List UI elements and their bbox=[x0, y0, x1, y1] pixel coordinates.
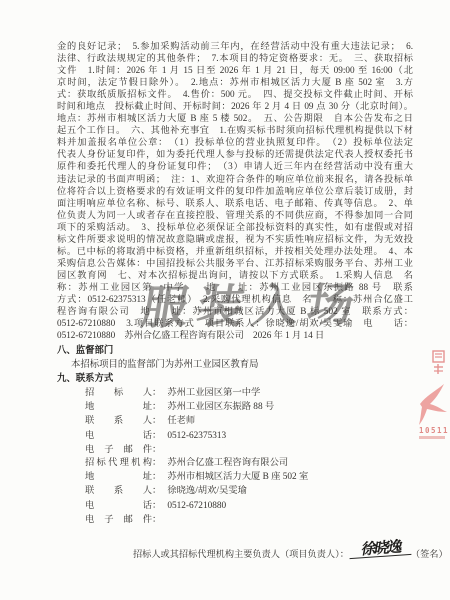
signature-prefix: 招标人或其招标代理机构主要负责人（项目负责人）： bbox=[133, 549, 349, 559]
notice-body-line: 料并加盖报名单位公章： （1）投标单位的营业执照复印件。 （2）投标单位法定 bbox=[57, 136, 413, 148]
contact-colon: ： bbox=[152, 441, 161, 455]
contact-row: 地址：苏州工业园区东振路 88 号 bbox=[85, 398, 274, 412]
scanned-tender-notice-page: 金的良好记录； 5.参加采购活动前三年内，在经营活动中没有重大违法记录； 6. … bbox=[0, 0, 450, 600]
notice-body-line: 园区教育网 七、对本次招标提出询问，请按以下方式联系。 1.采购人信息 名 bbox=[57, 269, 413, 281]
contact-value: 苏州合亿盛工程咨询有限公司 bbox=[167, 458, 288, 468]
notice-body-line: 称：苏州工业园区第一中学 地 址：苏州工业园区东振路 88 号 联系 bbox=[57, 281, 413, 293]
agency-contact-block: 招标代理机构：苏州合亿盛工程咨询有限公司 地址：苏州市相城区活力大厦 B 座 5… bbox=[85, 454, 308, 525]
notice-body-line: 标文件所要求说明的情况故意隐瞒或虚报，视为不实质性响应招标文件，为无效投 bbox=[57, 233, 413, 245]
notice-body-line: 方式：0512-62375313（任老师） 2.采购代理机构信息 名 称：苏州合… bbox=[57, 293, 413, 305]
notice-body-line: 违法记录的书面声明函； 注：1、欢迎符合条件的响应单位前来报名，请各投标单 bbox=[57, 173, 413, 185]
contact-label: 地址 bbox=[85, 398, 152, 412]
notice-body-line: 面注明响应单位名称、标号、联系人、联系电话、电子邮箱、传真等信息。 2、单 bbox=[57, 197, 413, 209]
contact-value: 苏州市相城区活力大厦 B 座 502 室 bbox=[167, 472, 308, 482]
contact-colon: ： bbox=[152, 482, 161, 496]
notice-body-line: 京时间，法定节假日除外）。 2.地点：苏州市相城区活力大厦 B 座 502 室 … bbox=[57, 76, 413, 88]
section-supervision-heading: 八、监督部门 bbox=[57, 342, 113, 356]
notice-body-line: 时间和地点 投标截止时间、开标时间：2026 年 2 月 4 日 09 点 30… bbox=[57, 100, 413, 112]
contact-value: 任老师 bbox=[167, 416, 195, 426]
contact-row: 电话：0512-67210880 bbox=[85, 497, 308, 511]
notice-body-line: 原件和委托代理人的身份证复印件； （3）申请人近三年内在经营活动中没有重大 bbox=[57, 160, 413, 172]
contact-label: 联系人 bbox=[85, 482, 152, 496]
contact-row: 联系人：徐晓逸/胡欢/吴雯瑜 bbox=[85, 482, 308, 496]
contact-row: 电子邮件： bbox=[85, 441, 274, 455]
notice-body-line: 位将符合以上资格要求的有效证明文件的复印件加盖响应单位公章后装订成册，封 bbox=[57, 185, 413, 197]
red-edge-code: 10511 bbox=[419, 426, 449, 439]
contact-value: 0512-67210880 bbox=[167, 501, 226, 511]
red-ink-mark-icon bbox=[414, 382, 448, 431]
notice-body-line: 文件 1.时间：2026 年 1 月 15 日至 2026 年 1 月 21 日… bbox=[57, 64, 413, 76]
tenderer-contact-block: 招标人：苏州工业园区第一中学 地址：苏州工业园区东振路 88 号 联系人：任老师… bbox=[85, 384, 274, 455]
contact-row: 电子邮件： bbox=[85, 511, 308, 525]
notice-body-line: 0512-67210880 苏州合亿盛工程咨询有限公司 2026 年 1 月 1… bbox=[57, 329, 413, 341]
contact-colon: ： bbox=[152, 412, 161, 426]
contact-row: 电话：0512-62375313 bbox=[85, 427, 274, 441]
notice-body-line: 位负责人为同一人或者存在直接控股、管理关系的不同供应商，不得参加同一合同 bbox=[57, 209, 413, 221]
notice-body-line: 金的良好记录； 5.参加采购活动前三年内，在经营活动中没有重大违法记录； 6. bbox=[57, 40, 413, 52]
contact-colon: ： bbox=[152, 497, 161, 511]
contact-colon: ： bbox=[152, 398, 161, 412]
contact-label: 电子邮件 bbox=[85, 511, 152, 525]
contact-colon: ： bbox=[152, 511, 161, 525]
contact-row: 招标人：苏州工业园区第一中学 bbox=[85, 384, 274, 398]
contact-row: 招标代理机构：苏州合亿盛工程咨询有限公司 bbox=[85, 454, 308, 468]
handwritten-signature: 徐晓逸 bbox=[348, 540, 411, 559]
contact-colon: ： bbox=[152, 454, 161, 468]
contact-value: 苏州工业园区东振路 88 号 bbox=[167, 402, 274, 412]
contact-value: 徐晓逸/胡欢/吴雯瑜 bbox=[167, 486, 247, 496]
contact-label: 地址 bbox=[85, 468, 152, 482]
notice-body-text: 金的良好记录； 5.参加采购活动前三年内，在经营活动中没有重大违法记录； 6. … bbox=[57, 40, 413, 341]
section-contact-heading: 九、联系方式 bbox=[57, 370, 113, 384]
notice-body-line: 地点：苏州市相城区活力大厦 B 座 5 楼 502。 五、公告期限 自本公告发布… bbox=[57, 112, 413, 124]
notice-body-line: 代表人身份证复印件，如为委托代理人参与投标的还需提供法定代表人授权委托书 bbox=[57, 148, 413, 160]
notice-body-line: 0512-67210880 3.项目联系方式 项目联系人：徐晓逸/胡欢/吴雯瑜 … bbox=[57, 317, 413, 329]
contact-value: 苏州工业园区第一中学 bbox=[167, 388, 260, 398]
notice-body-line: 程咨询有限公司 地 址：苏州市相城区活力大厦 B 标 502 室 联系方式： bbox=[57, 305, 413, 317]
red-edge-code-underbar bbox=[419, 436, 445, 439]
notice-body-line: 标。已中标的将取消中标资格，并重新组织招标，并按相关处理办法处理。 4、本 bbox=[57, 245, 413, 257]
contact-row: 联系人：任老师 bbox=[85, 412, 274, 426]
contact-label: 电子邮件 bbox=[85, 441, 152, 455]
signature-row: 招标人或其招标代理机构主要负责人（项目负责人）：徐晓逸（签名） bbox=[133, 546, 423, 561]
contact-label: 招标代理机构 bbox=[85, 454, 152, 468]
contact-label: 电话 bbox=[85, 427, 152, 441]
notice-body-line: 采购信息公告媒体：中国招投标公共服务平台、江苏招标采购服务平台、苏州工业 bbox=[57, 257, 413, 269]
contact-label: 招标人 bbox=[85, 384, 152, 398]
contact-colon: ： bbox=[152, 384, 161, 398]
notice-body-line: 项下的采购活动。 3、投标单位必须保证全部投标资料的真实性，如有虚假或对招 bbox=[57, 221, 413, 233]
contact-colon: ： bbox=[152, 468, 161, 482]
notice-body-line: 式：获取纸质版招标文件。 4.售价：500 元。 四、提交投标文件截止时间、开标 bbox=[57, 88, 413, 100]
contact-label: 联系人 bbox=[85, 412, 152, 426]
contact-colon: ： bbox=[152, 427, 161, 441]
notice-body-line: 法律、行政法规规定的其他条件； 7.本项目的特定资格要求：无。 三、获取招标 bbox=[57, 52, 413, 64]
signature-suffix: （签名） bbox=[411, 549, 448, 559]
notice-body-line: 起五个工作日。 六、其他补充事宜 1.在购买标书时须向招标代理机构提供以下材 bbox=[57, 124, 413, 136]
section-supervision-text: 本招标项目的监督部门为苏州工业园区教育局 bbox=[71, 356, 259, 370]
red-edge-code-text: 10511 bbox=[419, 426, 449, 435]
contact-row: 地址：苏州市相城区活力大厦 B 座 502 室 bbox=[85, 468, 308, 482]
contact-label: 电话 bbox=[85, 497, 152, 511]
contact-value: 0512-62375313 bbox=[167, 431, 226, 441]
red-stamp-fragment-icon bbox=[431, 350, 447, 378]
